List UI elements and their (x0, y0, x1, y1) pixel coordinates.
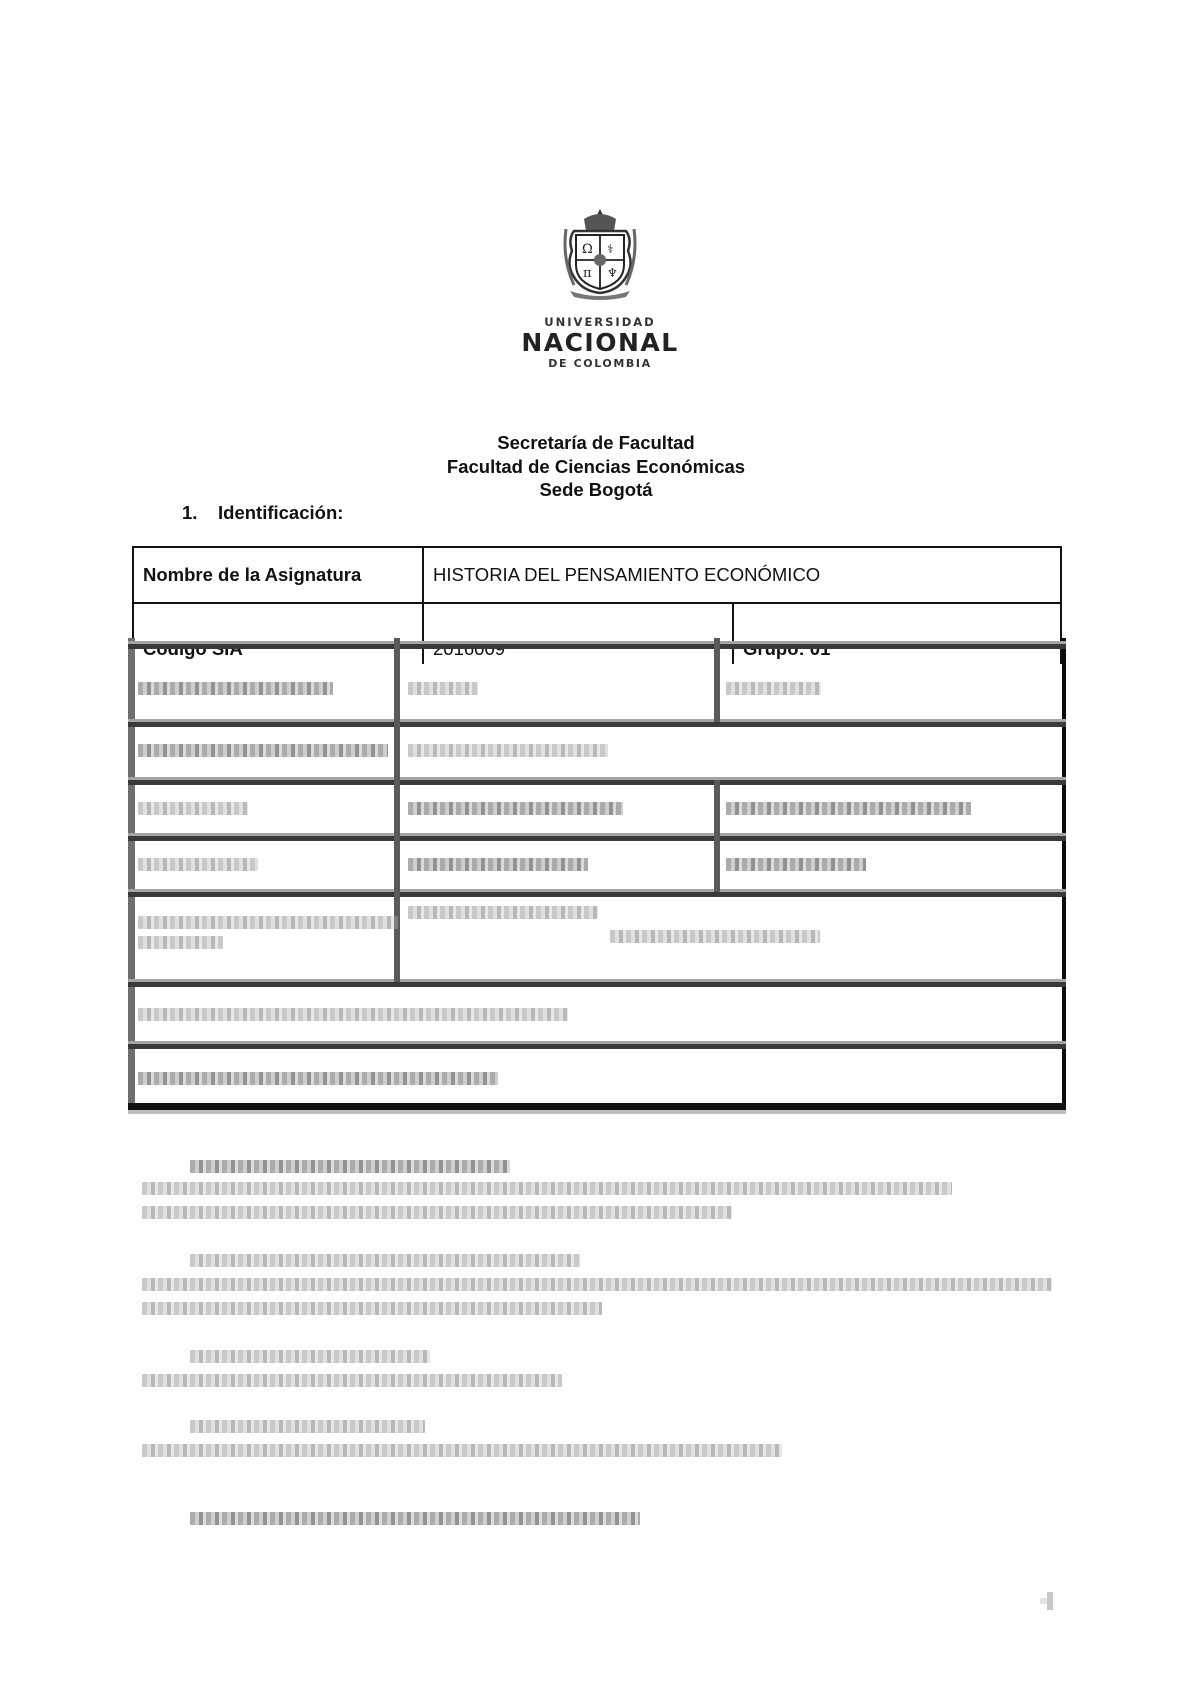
obscured-text (142, 1444, 782, 1457)
obscured-text (408, 802, 623, 815)
obscured-text (138, 744, 388, 757)
section-title: Identificación: (218, 502, 343, 523)
obscured-table-region (128, 644, 1066, 1110)
logo-line-universidad: UNIVERSIDAD (520, 315, 680, 329)
svg-text:Ω: Ω (582, 242, 593, 257)
obscured-row-divider (128, 982, 1066, 987)
svg-text:π: π (583, 266, 592, 281)
obscured-text (408, 858, 588, 871)
table-row: Nombre de la Asignatura HISTORIA DEL PEN… (133, 547, 1061, 603)
obscured-row-divider (128, 644, 1066, 649)
obscured-text (610, 930, 820, 943)
obscured-text (138, 682, 333, 695)
obscured-row-divider (128, 722, 1066, 727)
header-facultad: Facultad de Ciencias Económicas (0, 455, 1192, 479)
header-sede: Sede Bogotá (0, 478, 1192, 502)
obscured-text (138, 936, 223, 949)
obscured-text (408, 906, 598, 919)
value-nombre-asignatura: HISTORIA DEL PENSAMIENTO ECONÓMICO (423, 547, 1061, 603)
obscured-text (726, 802, 971, 815)
university-logo: Ω ⚕ π ♆ UNIVERSIDAD NACIONAL DE COLOMBIA (520, 205, 680, 370)
page-number-obscured (1047, 1592, 1053, 1610)
obscured-text (142, 1374, 562, 1387)
obscured-text (138, 1008, 568, 1021)
obscured-border-bottom (128, 1103, 1066, 1110)
obscured-col-divider (714, 780, 720, 892)
obscured-heading (190, 1350, 430, 1363)
obscured-border-left (128, 638, 135, 1110)
obscured-text (142, 1302, 602, 1315)
obscured-row-divider (128, 1044, 1066, 1049)
label-nombre-asignatura: Nombre de la Asignatura (133, 547, 423, 603)
university-crest-icon: Ω ⚕ π ♆ (562, 205, 638, 301)
logo-line-de-colombia: DE COLOMBIA (520, 357, 680, 370)
svg-text:⚕: ⚕ (607, 242, 614, 256)
header-secretaria: Secretaría de Facultad (0, 431, 1192, 455)
obscured-row-divider (128, 836, 1066, 841)
obscured-text (726, 858, 866, 871)
document-header: Secretaría de Facultad Facultad de Cienc… (0, 431, 1192, 502)
obscured-text (726, 682, 821, 695)
obscured-heading (190, 1512, 640, 1525)
obscured-text (408, 682, 478, 695)
section-number: 1. (182, 502, 218, 524)
obscured-text (142, 1278, 1052, 1291)
obscured-heading (190, 1254, 580, 1267)
obscured-text (142, 1206, 732, 1219)
obscured-text (138, 916, 398, 929)
section-identificacion-heading: 1.Identificación: (182, 502, 343, 524)
obscured-row-divider (128, 892, 1066, 897)
obscured-text (138, 1072, 498, 1085)
obscured-heading (190, 1160, 510, 1173)
obscured-row-divider (128, 780, 1066, 785)
obscured-text (138, 858, 258, 871)
obscured-heading (190, 1420, 425, 1433)
obscured-col-divider (714, 638, 720, 722)
obscured-col-divider (394, 638, 400, 982)
obscured-text (142, 1182, 952, 1195)
obscured-border-right (1062, 638, 1066, 1110)
obscured-text (408, 744, 608, 757)
svg-text:♆: ♆ (607, 266, 618, 280)
logo-line-nacional: NACIONAL (500, 329, 700, 357)
obscured-text (138, 802, 248, 815)
